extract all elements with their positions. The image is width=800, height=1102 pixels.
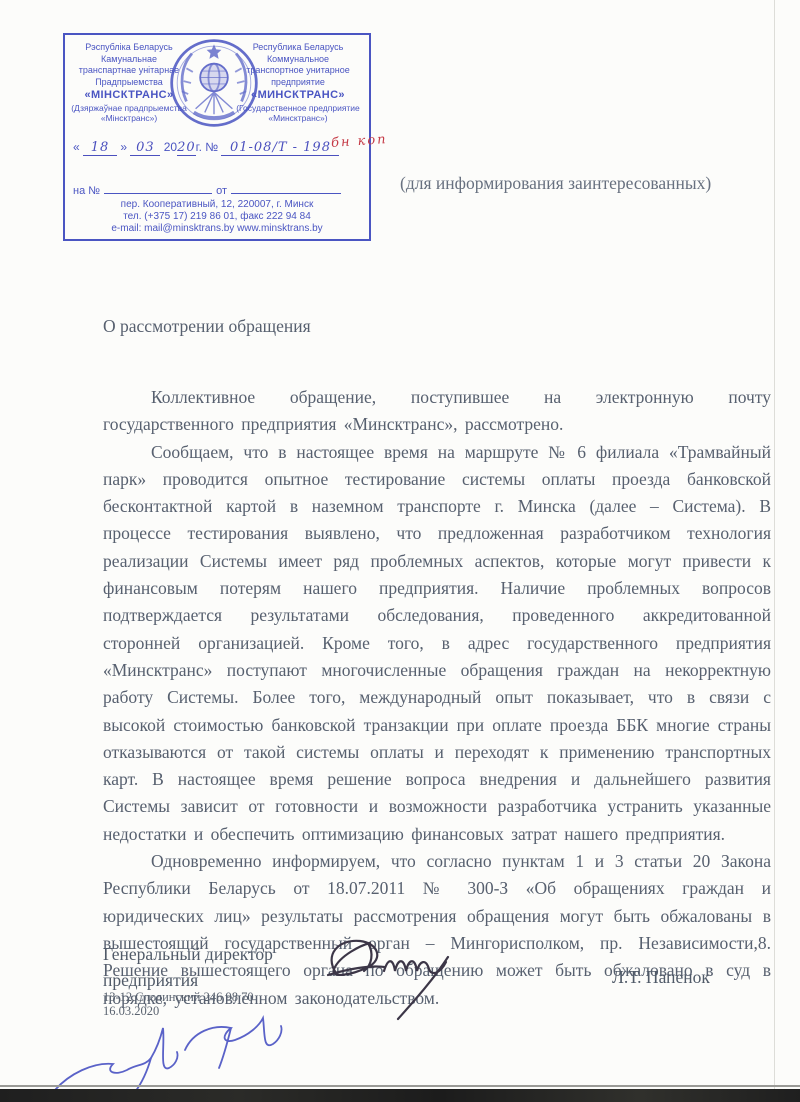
handwritten-day: 18 xyxy=(83,140,117,156)
address-block: пер. Кооперативный, 12, 220007, г. Минск… xyxy=(65,199,369,234)
handwritten-red-note: бн коп xyxy=(331,132,389,151)
number-label: № xyxy=(205,140,218,154)
paragraph: Коллективное обращение, поступившее на э… xyxy=(103,384,771,439)
letter-subject: О рассмотрении обращения xyxy=(103,316,311,337)
scan-edge-line xyxy=(774,0,775,1102)
belarus-coat-of-arms-icon xyxy=(168,37,260,129)
ref-na-label: на № xyxy=(73,185,100,197)
executor-contact: 13-12 Слодинский 246 98 70 xyxy=(103,990,254,1004)
letterhead-stamp: Рэспубліка Беларусь Камунальнае транспар… xyxy=(63,33,371,241)
signer-title: Генеральный директор предприятия xyxy=(103,941,273,993)
address-street: пер. Кооперативный, 12, 220007, г. Минск xyxy=(65,199,369,211)
ref-number-blank xyxy=(104,183,212,194)
scan-bottom-dark-band xyxy=(0,1089,800,1102)
scan-bottom-thin-line xyxy=(0,1085,800,1087)
handwritten-year: 20 xyxy=(177,140,196,156)
scanned-letter-page: Рэспубліка Беларусь Камунальнае транспар… xyxy=(0,0,800,1102)
ref-date-blank xyxy=(231,183,341,194)
address-email-web: e-mail: mail@minsktrans.by www.minsktran… xyxy=(65,223,369,235)
address-phone: тел. (+375 17) 219 86 01, факс 222 94 84 xyxy=(65,211,369,223)
year-print: 20 xyxy=(164,140,177,154)
handwritten-month: 03 xyxy=(130,140,160,156)
ref-ot-label: от xyxy=(216,185,227,197)
handwritten-doc-number: 01-08/Т - 198 xyxy=(221,140,339,156)
recipient-annotation: (для информирования заинтересованных) xyxy=(400,170,730,196)
signer-name: Л.Т. Папенок xyxy=(612,967,710,988)
quote-open: « xyxy=(73,140,80,154)
signer-title-line: Генеральный директор xyxy=(103,941,273,967)
letter-body: Коллективное обращение, поступившее на э… xyxy=(103,384,771,1012)
reference-line: на №от xyxy=(73,183,365,197)
date-number-line: « 18 » 03 2020г. № 01-08/Т - 198 бн коп xyxy=(73,140,413,156)
quote-close: » xyxy=(120,140,127,154)
year-suffix: г. xyxy=(196,140,202,154)
director-signature-ink xyxy=(318,925,503,1025)
paragraph: Сообщаем, что в настоящее время на маршр… xyxy=(103,439,771,848)
